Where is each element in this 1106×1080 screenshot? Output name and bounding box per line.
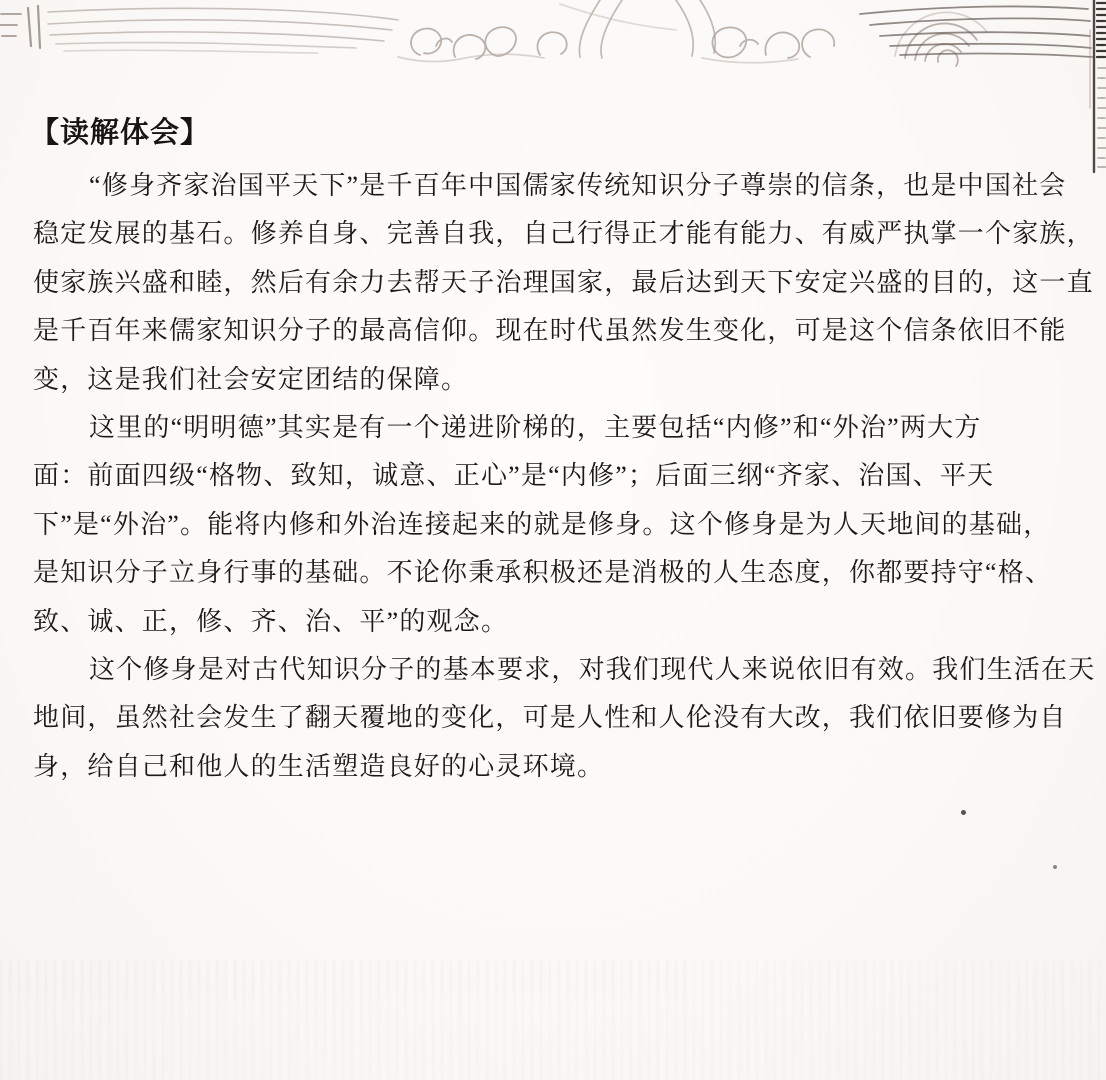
binding-edge [1090, 0, 1106, 172]
text-line: 是千百年来儒家知识分子的最高信仰。现在时代虽然发生变化，可是这个信条依旧不能 [33, 307, 1098, 355]
text-line: 这里的“明明德”其实是有一个递进阶梯的，主要包括“内修”和“外治”两大方 [33, 404, 1098, 452]
text-line: “修身齐家治国平天下”是千百年中国儒家传统知识分子尊崇的信条，也是中国社会 [33, 162, 1098, 210]
scan-speck [961, 810, 966, 815]
text-line: 下”是“外治”。能将内修和外治连接起来的就是修身。这个修身是为人天地间的基础， [33, 501, 1098, 549]
text-line: 变，这是我们社会安定团结的保障。 [33, 356, 1098, 404]
text-line: 面：前面四级“格物、致知，诚意、正心”是“内修”；后面三纲“齐家、治国、平天 [33, 452, 1098, 500]
text-line: 稳定发展的基石。修养自身、完善自我，自己行得正才能有能力、有威严执掌一个家族， [33, 210, 1098, 258]
text-line: 使家族兴盛和睦，然后有余力去帮天子治理国家，最后达到天下安定兴盛的目的，这一直 [33, 259, 1098, 307]
section-heading: 【读解体会】 [30, 116, 210, 150]
text-line: 致、诚、正，修、齐、治、平”的观念。 [33, 598, 1098, 646]
cloud-wave-ornament [0, 0, 1106, 180]
body-text: “修身齐家治国平天下”是千百年中国儒家传统知识分子尊崇的信条，也是中国社会 稳定… [33, 162, 1098, 791]
ornament-right-streaks [860, 6, 1092, 57]
ornament-left-marks [0, 6, 40, 48]
text-line: 是知识分子立身行事的基础。不论你秉承积极还是消极的人生态度，你都要持守“格、 [33, 549, 1098, 597]
scanned-book-page: { "page": { "heading": "【读解体会】", "lines"… [0, 0, 1106, 1080]
text-line: 身，给自己和他人的生活塑造良好的心灵环境。 [33, 743, 1098, 791]
text-line: 地间，虽然社会发生了翻天覆地的变化，可是人性和人伦没有大改，我们依旧要修为自 [33, 694, 1098, 742]
text-line: 这个修身是对古代知识分子的基本要求，对我们现代人来说依旧有效。我们生活在天 [33, 646, 1098, 694]
scan-speck [1053, 865, 1057, 869]
ornament-concentric-cloud [895, 12, 987, 66]
ornament-curl-cluster-a [398, 27, 567, 61]
page-showthrough-texture [0, 960, 686, 996]
ornament-curl-cluster-b [702, 27, 834, 62]
ornament-left-streaks [48, 8, 398, 53]
ornament-center-arcs [560, 0, 715, 58]
